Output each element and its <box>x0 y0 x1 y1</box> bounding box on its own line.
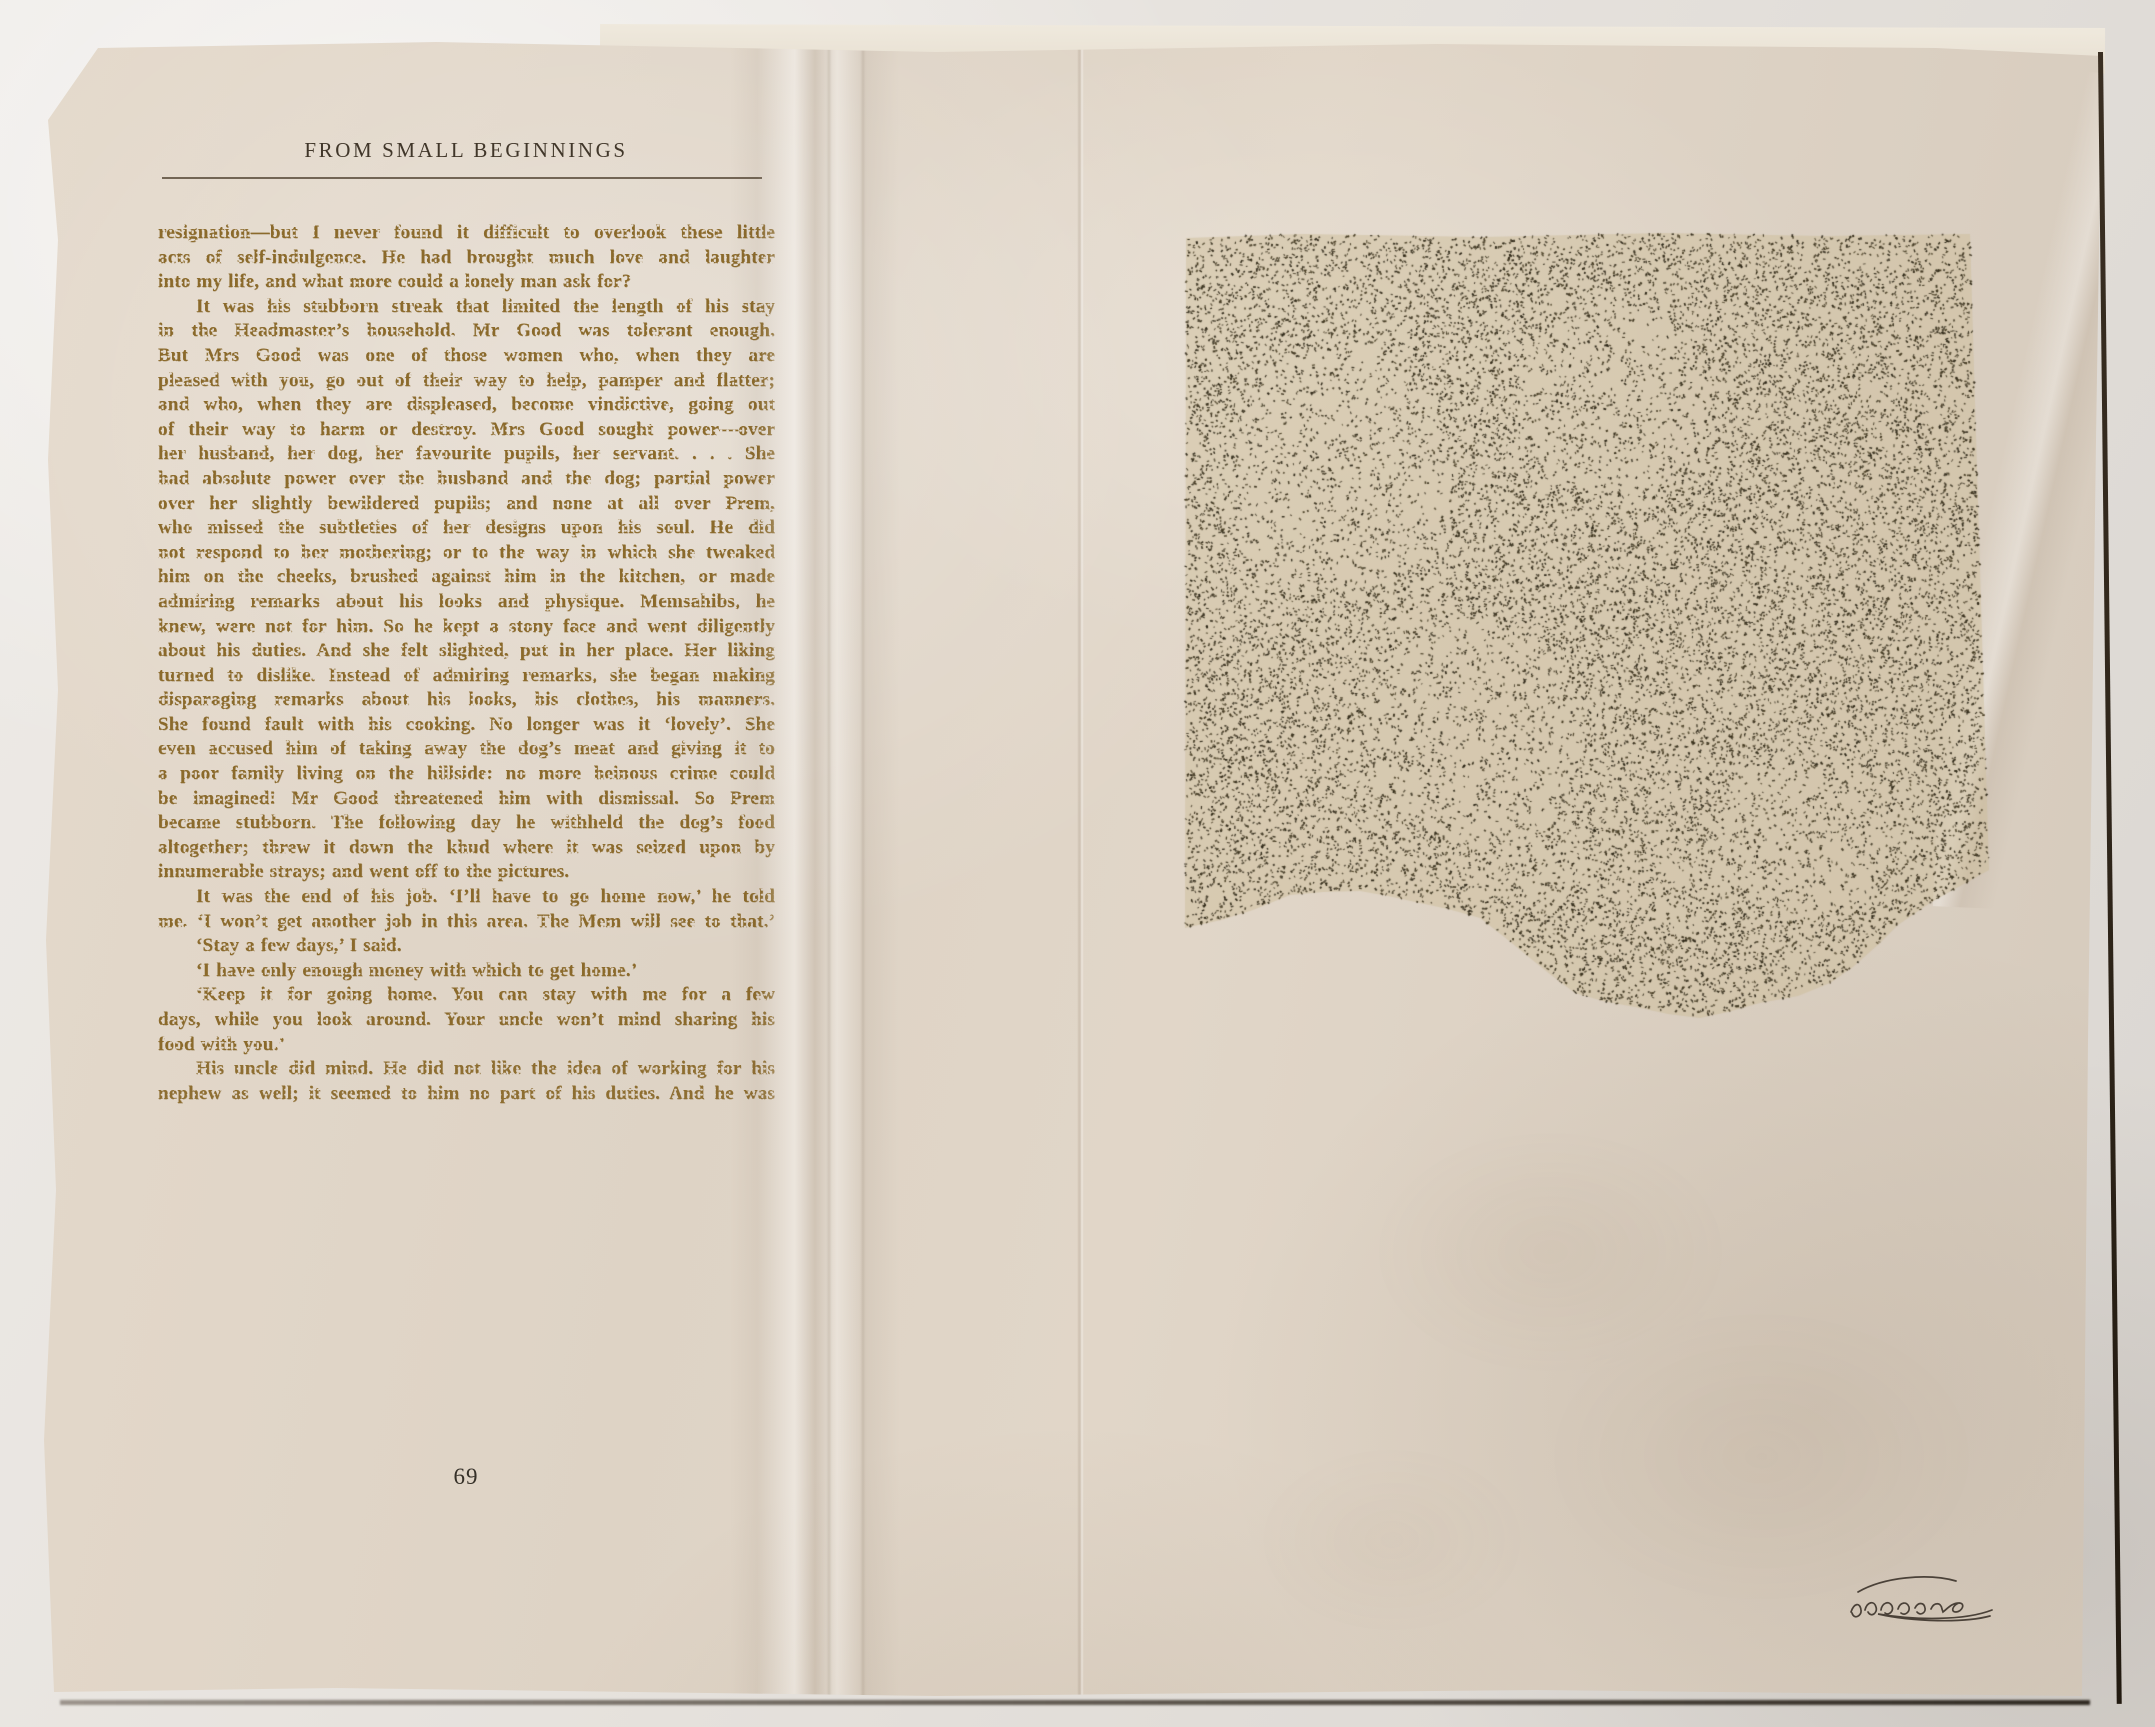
text-line: acts of self-indulgence. He had brought … <box>158 246 775 271</box>
text-line: became stubborn. The following day he wi… <box>158 811 775 836</box>
center-fold <box>730 40 900 1708</box>
text-line: ‘Stay a few days,’ I said. <box>158 934 775 959</box>
paper-crease-highlight <box>1081 40 1083 1708</box>
text-line: nephew as well; it seemed to him no part… <box>158 1082 775 1107</box>
text-line: But Mrs Good was one of those women who,… <box>158 344 775 369</box>
text-line: days, while you look around. Your uncle … <box>158 1008 775 1033</box>
bottom-edge-shadow <box>60 1700 2090 1705</box>
fold-streak <box>828 40 830 1708</box>
text-line: knew, were not for him. So he kept a sto… <box>158 615 775 640</box>
text-line: His uncle did mind. He did not like the … <box>158 1057 775 1082</box>
text-line: turned to dislike. Instead of admiring r… <box>158 664 775 689</box>
page-number: 69 <box>158 1464 774 1490</box>
text-line: had absolute power over the husband and … <box>158 467 775 492</box>
text-line: into my life, and what more could a lone… <box>158 270 775 295</box>
header-rule <box>162 177 762 179</box>
text-line: innumerable strays; and went off to the … <box>158 860 775 885</box>
text-line: about his duties. And she felt slighted,… <box>158 639 775 664</box>
text-line: disparaging remarks about his looks, his… <box>158 688 775 713</box>
text-line: It was the end of his job. ‘I’ll have to… <box>158 885 775 910</box>
text-line: over her slightly bewildered pupils; and… <box>158 492 775 517</box>
text-line: resignation—but I never found it difficu… <box>158 221 775 246</box>
text-line: and who, when they are displeased, becom… <box>158 393 775 418</box>
text-line: her husband, her dog, her favourite pupi… <box>158 442 775 467</box>
signature-top-flourish <box>1858 1577 1956 1592</box>
text-line: admiring remarks about his looks and phy… <box>158 590 775 615</box>
stipple-artwork <box>1183 230 1995 1030</box>
signature-underline <box>1878 1610 1992 1621</box>
text-line: altogether; threw it down the khud where… <box>158 836 775 861</box>
text-line: a poor family living on the hillside: no… <box>158 762 775 787</box>
signature-scrawl <box>1851 1603 1963 1617</box>
text-line: in the Headmaster’s household. Mr Good w… <box>158 319 775 344</box>
text-line: him on the cheeks, brushed against him i… <box>158 565 775 590</box>
text-line: It was his stubborn streak that limited … <box>158 295 775 320</box>
body-text: resignation—but I never found it difficu… <box>158 221 775 1106</box>
text-line: who missed the subtleties of her designs… <box>158 516 775 541</box>
text-line: ‘Keep it for going home. You can stay wi… <box>158 983 775 1008</box>
artist-signature <box>1842 1568 2052 1640</box>
text-line: not respond to her mothering; or to the … <box>158 541 775 566</box>
book-edge-shadow <box>2098 52 2122 1704</box>
text-line: ‘I have only enough money with which to … <box>158 959 775 984</box>
text-line: food with you.’ <box>158 1033 775 1058</box>
text-line: be imagined! Mr Good threatened him with… <box>158 787 775 812</box>
photo-of-open-book-spread: FROM SMALL BEGINNINGS resignation—but I … <box>0 0 2155 1727</box>
running-header: FROM SMALL BEGINNINGS <box>158 138 774 163</box>
text-line: of their way to harm or destroy. Mrs Goo… <box>158 418 775 443</box>
fold-streak <box>862 40 864 1708</box>
text-line: pleased with you, go out of their way to… <box>158 369 775 394</box>
text-line: She found fault with his cooking. No lon… <box>158 713 775 738</box>
text-line: even accused him of taking away the dog’… <box>158 737 775 762</box>
text-line: me. ‘I won’t get another job in this are… <box>158 910 775 935</box>
